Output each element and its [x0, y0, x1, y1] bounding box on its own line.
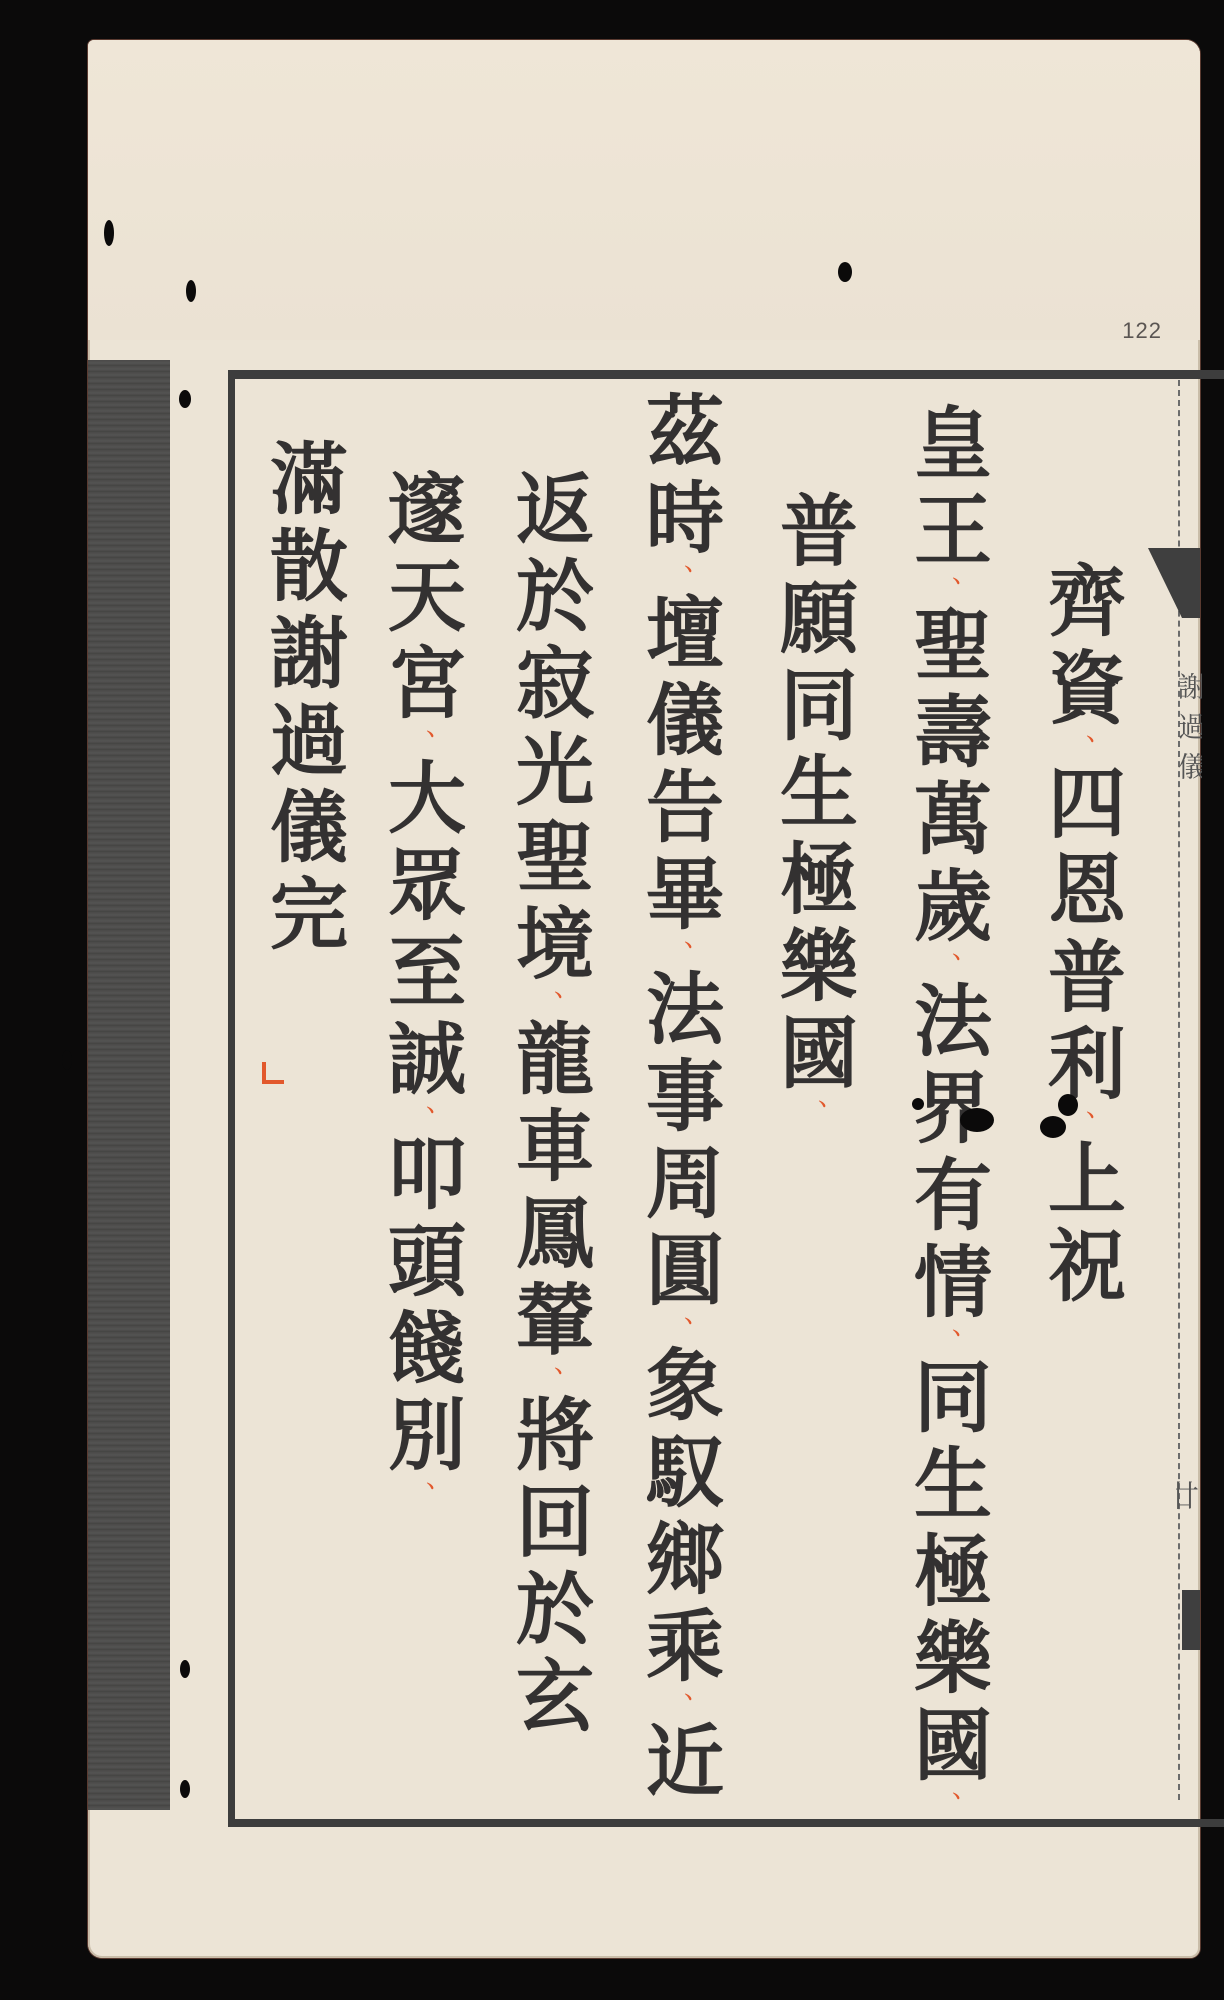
margin-leaf-number: 廿: [1176, 1480, 1202, 1510]
wormhole: [838, 262, 852, 282]
column-text: 返於寂光聖境、龍車鳳輦、將回於玄: [503, 468, 594, 1742]
column-text: 邃天宮、大眾至誠、叩頭餞別、: [375, 468, 466, 1509]
punctuation-mark: 、: [404, 729, 437, 757]
fishtail-marker-top-icon: [1148, 548, 1182, 618]
punctuation-mark: 、: [930, 952, 963, 980]
wormhole: [960, 1108, 994, 1132]
text-column-7: 滿散謝過儀完: [262, 438, 342, 960]
punctuation-mark: 、: [662, 940, 695, 968]
text-column-4: 茲時、壇儀告畢、法事周圓、象馭鄉乘、近: [638, 390, 718, 1807]
text-column-5: 返於寂光聖境、龍車鳳輦、將回於玄: [508, 468, 588, 1742]
punctuation-mark: 、: [662, 1692, 695, 1720]
column-text: 滿散謝過儀完: [257, 438, 348, 960]
page-number: 122: [1122, 318, 1162, 344]
punctuation-mark: 、: [930, 1328, 963, 1356]
wormhole: [180, 1780, 190, 1798]
wormhole: [104, 220, 114, 246]
end-mark-icon: [262, 1062, 284, 1084]
column-text: 普願同生極樂國、: [767, 490, 858, 1127]
punctuation-mark: 、: [662, 1316, 695, 1344]
punctuation-mark: 、: [1064, 734, 1097, 762]
fishtail-marker-bottom-icon: [1182, 1590, 1200, 1650]
text-column-6: 邃天宮、大眾至誠、叩頭餞別、: [380, 468, 460, 1509]
fishtail-marker-top-fill: [1182, 548, 1200, 618]
punctuation-mark: 、: [662, 564, 695, 592]
wormhole: [62, 1050, 72, 1070]
punctuation-mark: 、: [404, 1105, 437, 1133]
column-text: 齊資、四恩普利、上祝: [1035, 560, 1126, 1312]
punctuation-mark: 、: [930, 1791, 963, 1819]
punctuation-mark: 、: [532, 990, 565, 1018]
text-column-1: 齊資、四恩普利、上祝: [1040, 560, 1120, 1312]
punctuation-mark: 、: [796, 1099, 829, 1127]
binding-edge-bar: [88, 360, 170, 1810]
punctuation-mark: 、: [404, 1481, 437, 1509]
wormhole: [912, 1098, 924, 1110]
margin-title: 謝過儀: [1178, 672, 1202, 972]
text-column-3: 普願同生極樂國、: [772, 490, 852, 1127]
punctuation-mark: 、: [930, 576, 963, 604]
wormhole: [1058, 1094, 1078, 1116]
wormhole: [179, 390, 191, 408]
column-text: 茲時、壇儀告畢、法事周圓、象馭鄉乘、近: [633, 390, 724, 1807]
wormhole: [1040, 1116, 1066, 1138]
wormhole: [186, 280, 196, 302]
punctuation-mark: 、: [532, 1366, 565, 1394]
wormhole: [180, 1660, 190, 1678]
